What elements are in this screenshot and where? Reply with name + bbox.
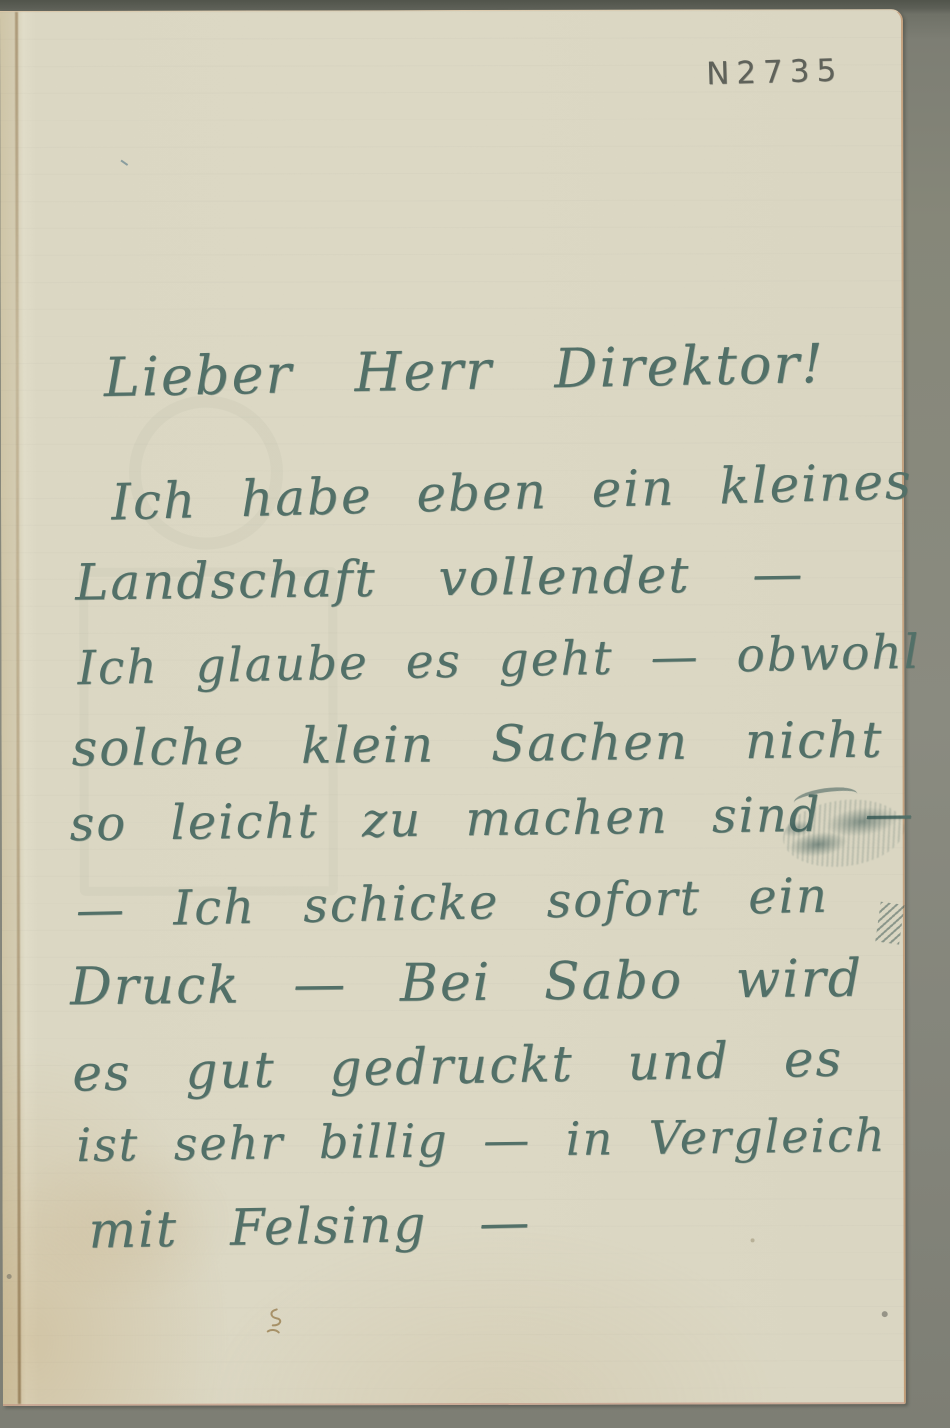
handwritten-line-3: Landschaft vollendet —: [75, 545, 805, 612]
handwritten-line-10: ist sehr billig — in Vergleich: [76, 1108, 887, 1172]
handwritten-line-7: — Ich schicke sofort ein: [75, 868, 829, 939]
paper-spot: [7, 1274, 12, 1279]
ink-zigzag-mark: [875, 902, 904, 945]
handwritten-line-11: mit Felsing —: [88, 1193, 532, 1260]
ink-speck: [120, 160, 128, 166]
fold-crease: [15, 12, 21, 1404]
handwritten-line-2: Ich habe eben ein kleines: [110, 452, 913, 531]
paper-spot: [882, 1311, 888, 1317]
handwritten-line-4: Ich glaube es geht — obwohl: [77, 625, 921, 696]
handwritten-line-1: Lieber Herr Direktor!: [103, 332, 825, 409]
photo-background: N2735 Lieber Herr Direktor! Ich habe ebe…: [0, 0, 950, 1428]
pencil-catalog-number: N2735: [706, 52, 844, 92]
paper-spot: [751, 1238, 755, 1242]
handwritten-line-8: Druck — Bei Sabo wird: [70, 949, 864, 1018]
foxing-mark: [261, 1307, 287, 1341]
letter-page: N2735 Lieber Herr Direktor! Ich habe ebe…: [0, 9, 906, 1406]
handwritten-line-5: solche klein Sachen nicht: [71, 711, 883, 778]
handwritten-line-9: es gut gedruckt und es: [72, 1030, 844, 1103]
